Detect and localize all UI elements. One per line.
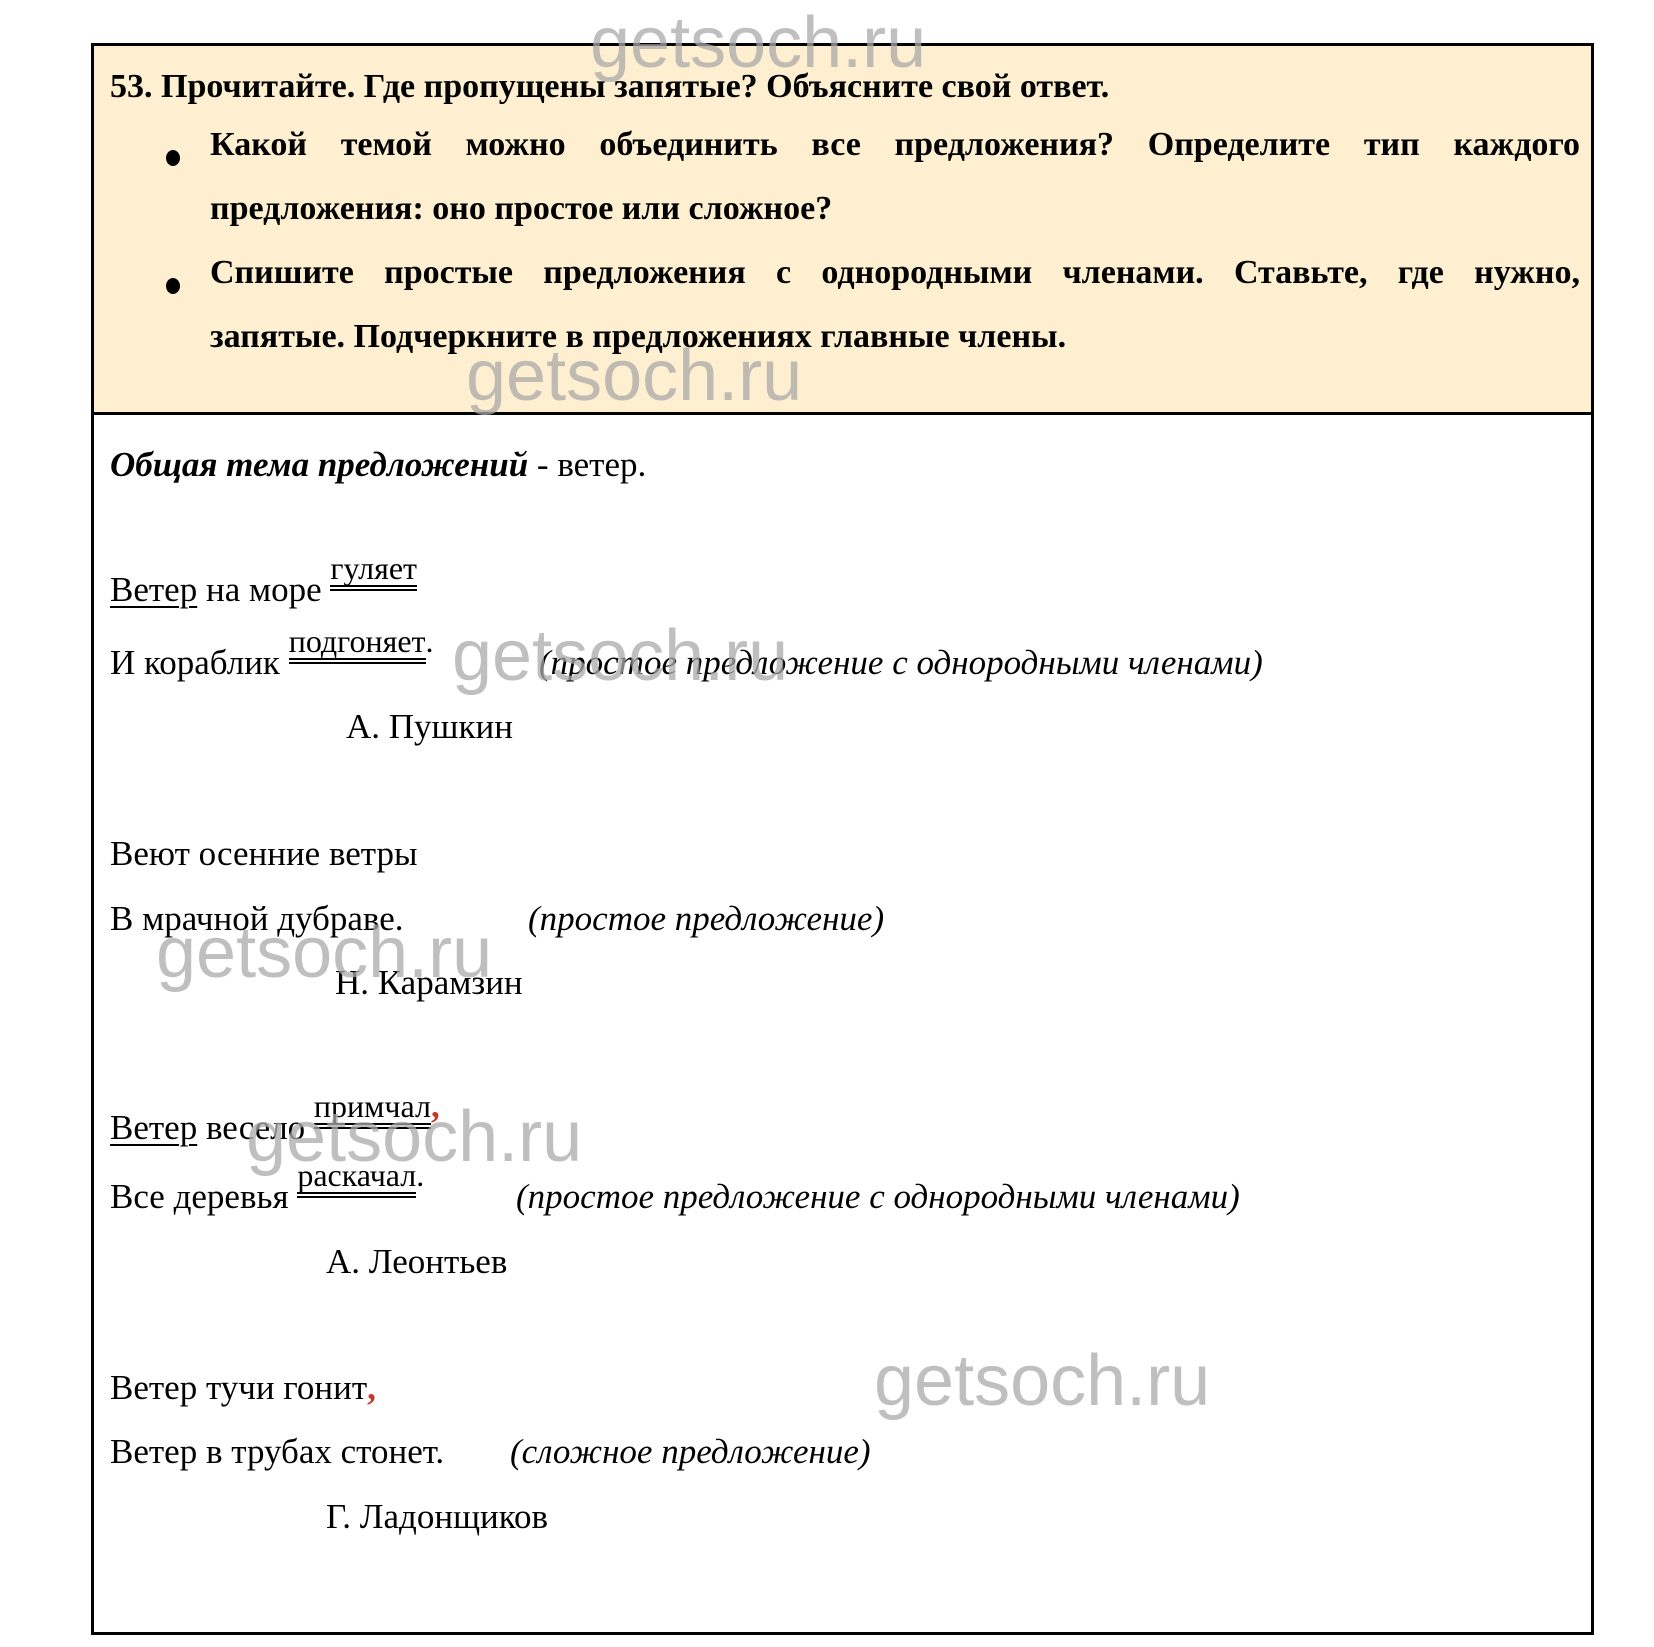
task-title: 53. Прочитайте. Где пропущены запятые? О…: [110, 68, 1109, 106]
poem-4-line-2: Ветер в трубах стонет.: [110, 1432, 444, 1472]
text: Все деревья: [110, 1177, 297, 1216]
bullet-line: запятые. Подчеркните в предложениях глав…: [210, 318, 1066, 356]
text: И кораблик: [110, 643, 289, 682]
theme-value: - ветер.: [528, 445, 646, 484]
poem-2-line-1: Веют осенние ветры: [110, 834, 418, 874]
poem-1-line-2: И кораблик подгоняет.: [110, 643, 434, 686]
poem-3-note: (простое предложение с однородными члена…: [516, 1177, 1240, 1217]
bullet-line: Какой темой можно объединить все предлож…: [210, 126, 1580, 164]
poem-2-author: Н. Карамзин: [335, 963, 523, 1003]
task-block: 53. Прочитайте. Где пропущены запятые? О…: [94, 46, 1591, 415]
poem-4-line-1: Ветер тучи гонит,: [110, 1368, 376, 1408]
poem-3-author: А. Леонтьев: [326, 1242, 507, 1282]
text: Ветер тучи гонит: [110, 1368, 367, 1407]
text: .: [416, 1157, 424, 1193]
poem-2-line-2: В мрачной дубраве.: [110, 899, 403, 939]
bullet-line: предложения: оно простое или сложное?: [210, 190, 832, 228]
predicate: примчал: [314, 1090, 431, 1129]
theme-line: Общая тема предложений - ветер.: [110, 445, 646, 485]
predicate: подгоняет: [289, 625, 426, 664]
inserted-comma: ,: [431, 1086, 440, 1125]
bullet-icon: [166, 278, 180, 294]
poem-4-author: Г. Ладонщиков: [326, 1497, 548, 1537]
poem-1-line-1: Ветер на море гуляет: [110, 570, 417, 613]
poem-1-author: А. Пушкин: [346, 707, 513, 747]
subject: Ветер: [110, 570, 197, 609]
theme-label: Общая тема предложений: [110, 445, 528, 484]
predicate: раскачал: [297, 1159, 416, 1198]
poem-3-line-2: Все деревья раскачал.: [110, 1177, 424, 1220]
exercise-frame: 53. Прочитайте. Где пропущены запятые? О…: [91, 43, 1594, 1635]
text: .: [426, 623, 434, 659]
poem-4-note: (сложное предложение): [510, 1432, 871, 1472]
answer-block: Общая тема предложений - ветер. Ветер на…: [94, 415, 1591, 1632]
subject: Ветер: [110, 1108, 197, 1147]
poem-3-line-1: Ветер весело примчал,: [110, 1108, 440, 1151]
text: на море: [197, 570, 330, 609]
inserted-comma: ,: [367, 1368, 376, 1407]
predicate: гуляет: [330, 552, 417, 591]
text: весело: [197, 1108, 314, 1147]
poem-1-note: (простое предложение с однородными члена…: [539, 643, 1263, 683]
bullet-icon: [166, 150, 180, 166]
bullet-line: Спишите простые предложения с однородным…: [210, 254, 1580, 292]
poem-2-note: (простое предложение): [528, 899, 884, 939]
